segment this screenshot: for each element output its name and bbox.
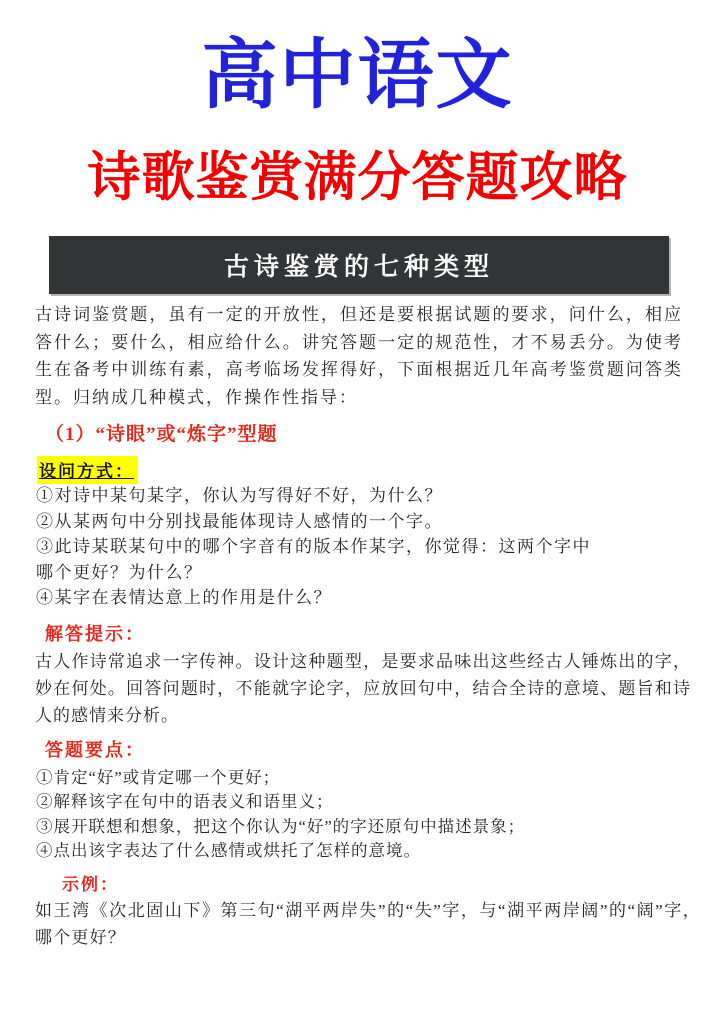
- example-label: 示例：: [62, 870, 119, 895]
- ask-item-1: ①对诗中某句某字，你认为写得好不好，为什么？: [36, 483, 591, 509]
- section1-heading: （1）“诗眼”或“炼字”型题: [45, 419, 278, 446]
- points-item-4: ④点出该字表达了什么感情或烘托了怎样的意境。: [36, 839, 525, 863]
- points-item-2: ②解释该字在句中的语表义和语里义；: [36, 790, 525, 814]
- points-label: 答题要点：: [45, 736, 145, 762]
- document-page: 高中语文 诗歌鉴赏满分答题攻略 古诗鉴赏的七种类型 古诗词鉴赏题，虽有一定的开放…: [0, 0, 715, 1014]
- ask-item-2: ②从某两句中分别找最能体现诗人感情的一个字。: [36, 509, 591, 535]
- ask-method-label-row: 设问方式：: [37, 456, 138, 484]
- ask-item-3-continued: 哪个更好？为什么？: [36, 560, 591, 586]
- points-list: ①肯定“好”或肯定哪一个更好； ②解释该字在句中的语表义和语里义； ③展开联想和…: [36, 766, 525, 863]
- main-title: 高中语文: [0, 26, 715, 126]
- section-banner: 古诗鉴赏的七种类型: [49, 236, 669, 294]
- hint-label: 解答提示：: [45, 620, 145, 646]
- subtitle: 诗歌鉴赏满分答题攻略: [0, 140, 715, 216]
- ask-method-label: 设问方式：: [37, 456, 138, 484]
- example-paragraph: 如王湾《次北固山下》第三句“湖平两岸失”的“失”字，与“湖平两岸阔”的“阔”字，…: [35, 897, 701, 951]
- points-item-3: ③展开联想和想象，把这个你认为“好”的字还原句中描述景象；: [36, 815, 525, 839]
- ask-item-4: ④某字在表情达意上的作用是什么？: [36, 585, 591, 611]
- ask-method-list: ①对诗中某句某字，你认为写得好不好，为什么？ ②从某两句中分别找最能体现诗人感情…: [36, 483, 591, 611]
- banner-text: 古诗鉴赏的七种类型: [224, 247, 494, 283]
- intro-paragraph: 古诗词鉴赏题，虽有一定的开放性，但还是要根据试题的要求，问什么，相应答什么；要什…: [35, 301, 683, 411]
- ask-item-3: ③此诗某联某句中的哪个字音有的版本作某字，你觉得：这两个字中: [36, 534, 591, 560]
- points-item-1: ①肯定“好”或肯定哪一个更好；: [36, 766, 525, 790]
- hint-paragraph: 古人作诗常追求一字传神。设计这种题型，是要求品味出这些经古人锤炼出的字，妙在何处…: [35, 648, 691, 729]
